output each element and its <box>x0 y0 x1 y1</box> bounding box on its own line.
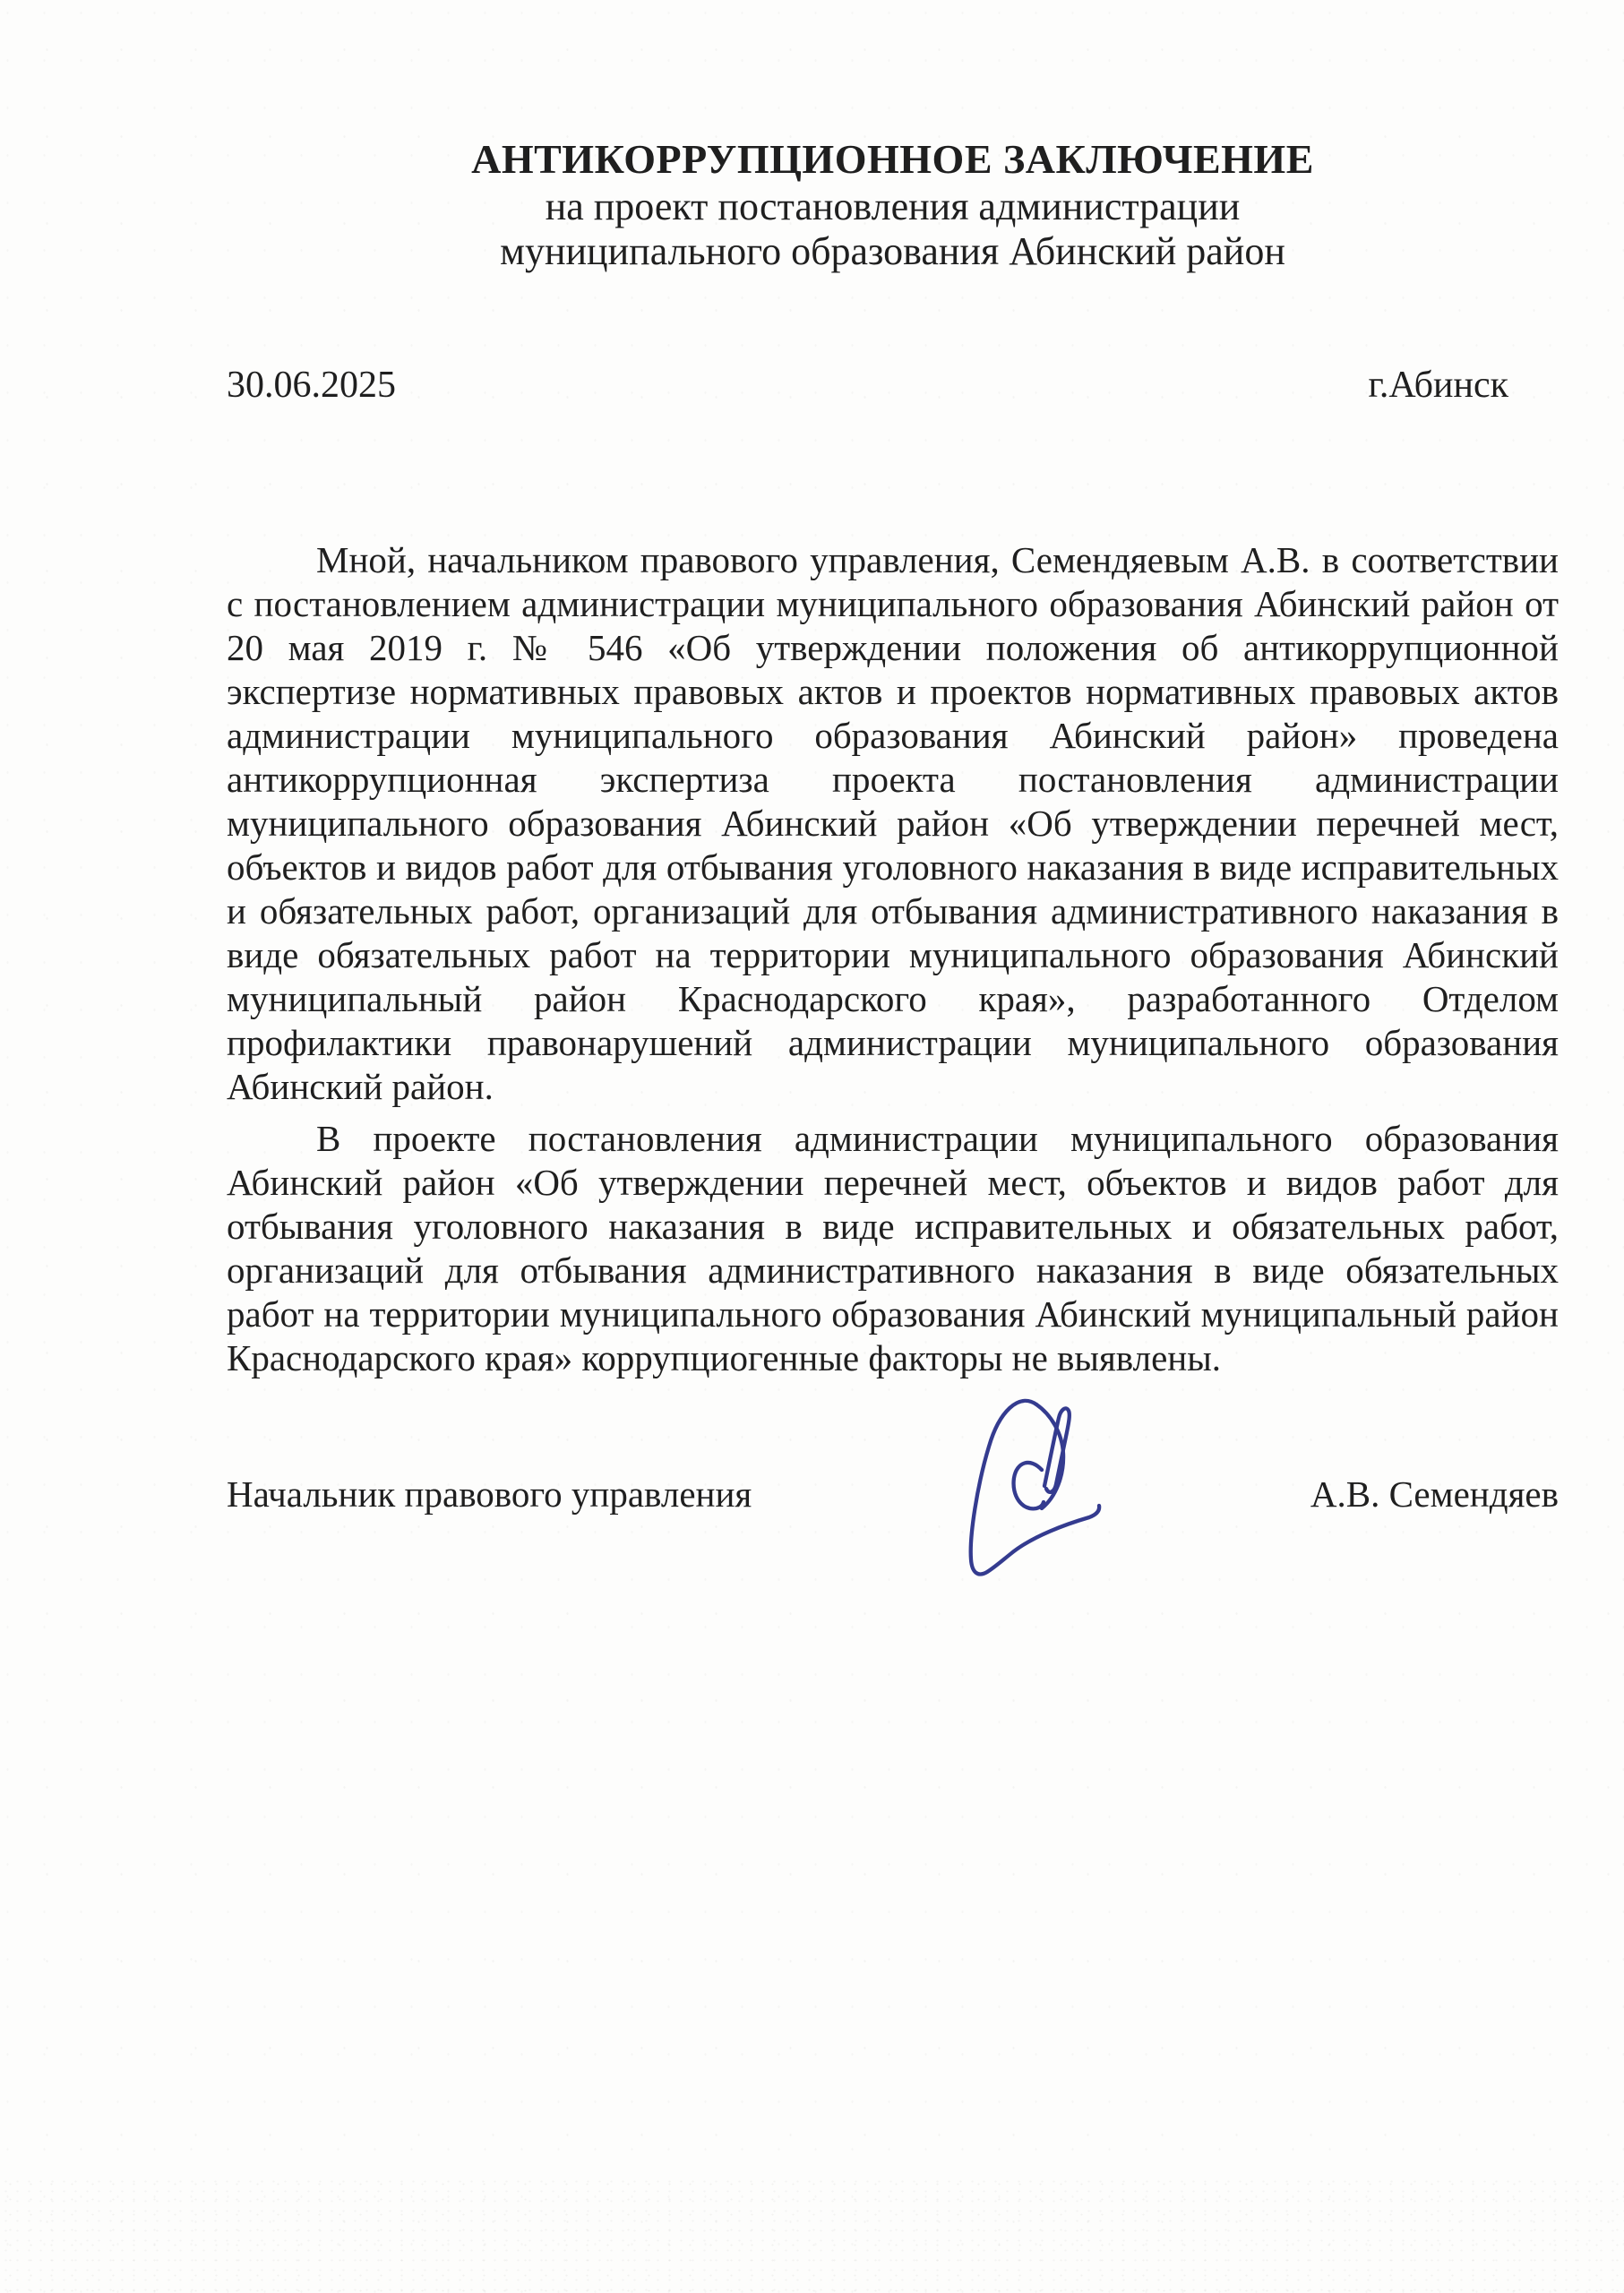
document-header: АНТИКОРРУПЦИОННОЕ ЗАКЛЮЧЕНИЕ на проект п… <box>227 134 1559 274</box>
document-place: г.Абинск <box>1368 363 1508 408</box>
signer-position-label: Начальник правового управления <box>227 1473 752 1516</box>
date-place-row: 30.06.2025 г.Абинск <box>227 363 1559 408</box>
document-subtitle-line-1: на проект постановления администрации <box>227 185 1559 229</box>
body-paragraph-2: В проекте постановления администрации му… <box>227 1117 1559 1380</box>
scanned-document-page: АНТИКОРРУПЦИОННОЕ ЗАКЛЮЧЕНИЕ на проект п… <box>0 0 1624 2293</box>
signature-stroke-loop-tail <box>971 1401 1099 1575</box>
signature-stroke-upstroke <box>1044 1408 1070 1491</box>
document-date: 30.06.2025 <box>227 363 396 408</box>
document-body: Мной, начальником правового управления, … <box>227 538 1559 1380</box>
signature-stroke-inner-curl <box>1014 1463 1044 1508</box>
handwritten-signature-icon <box>932 1384 1120 1608</box>
document-subtitle-line-2: муниципального образования Абинский райо… <box>227 229 1559 274</box>
scan-noise-band <box>0 2177 1624 2293</box>
document-title: АНТИКОРРУПЦИОННОЕ ЗАКЛЮЧЕНИЕ <box>227 134 1559 185</box>
body-paragraph-1: Мной, начальником правового управления, … <box>227 538 1559 1109</box>
signer-name: А.В. Семендяев <box>1310 1473 1559 1516</box>
signature-row: Начальник правового управления А.В. Семе… <box>227 1473 1559 1516</box>
